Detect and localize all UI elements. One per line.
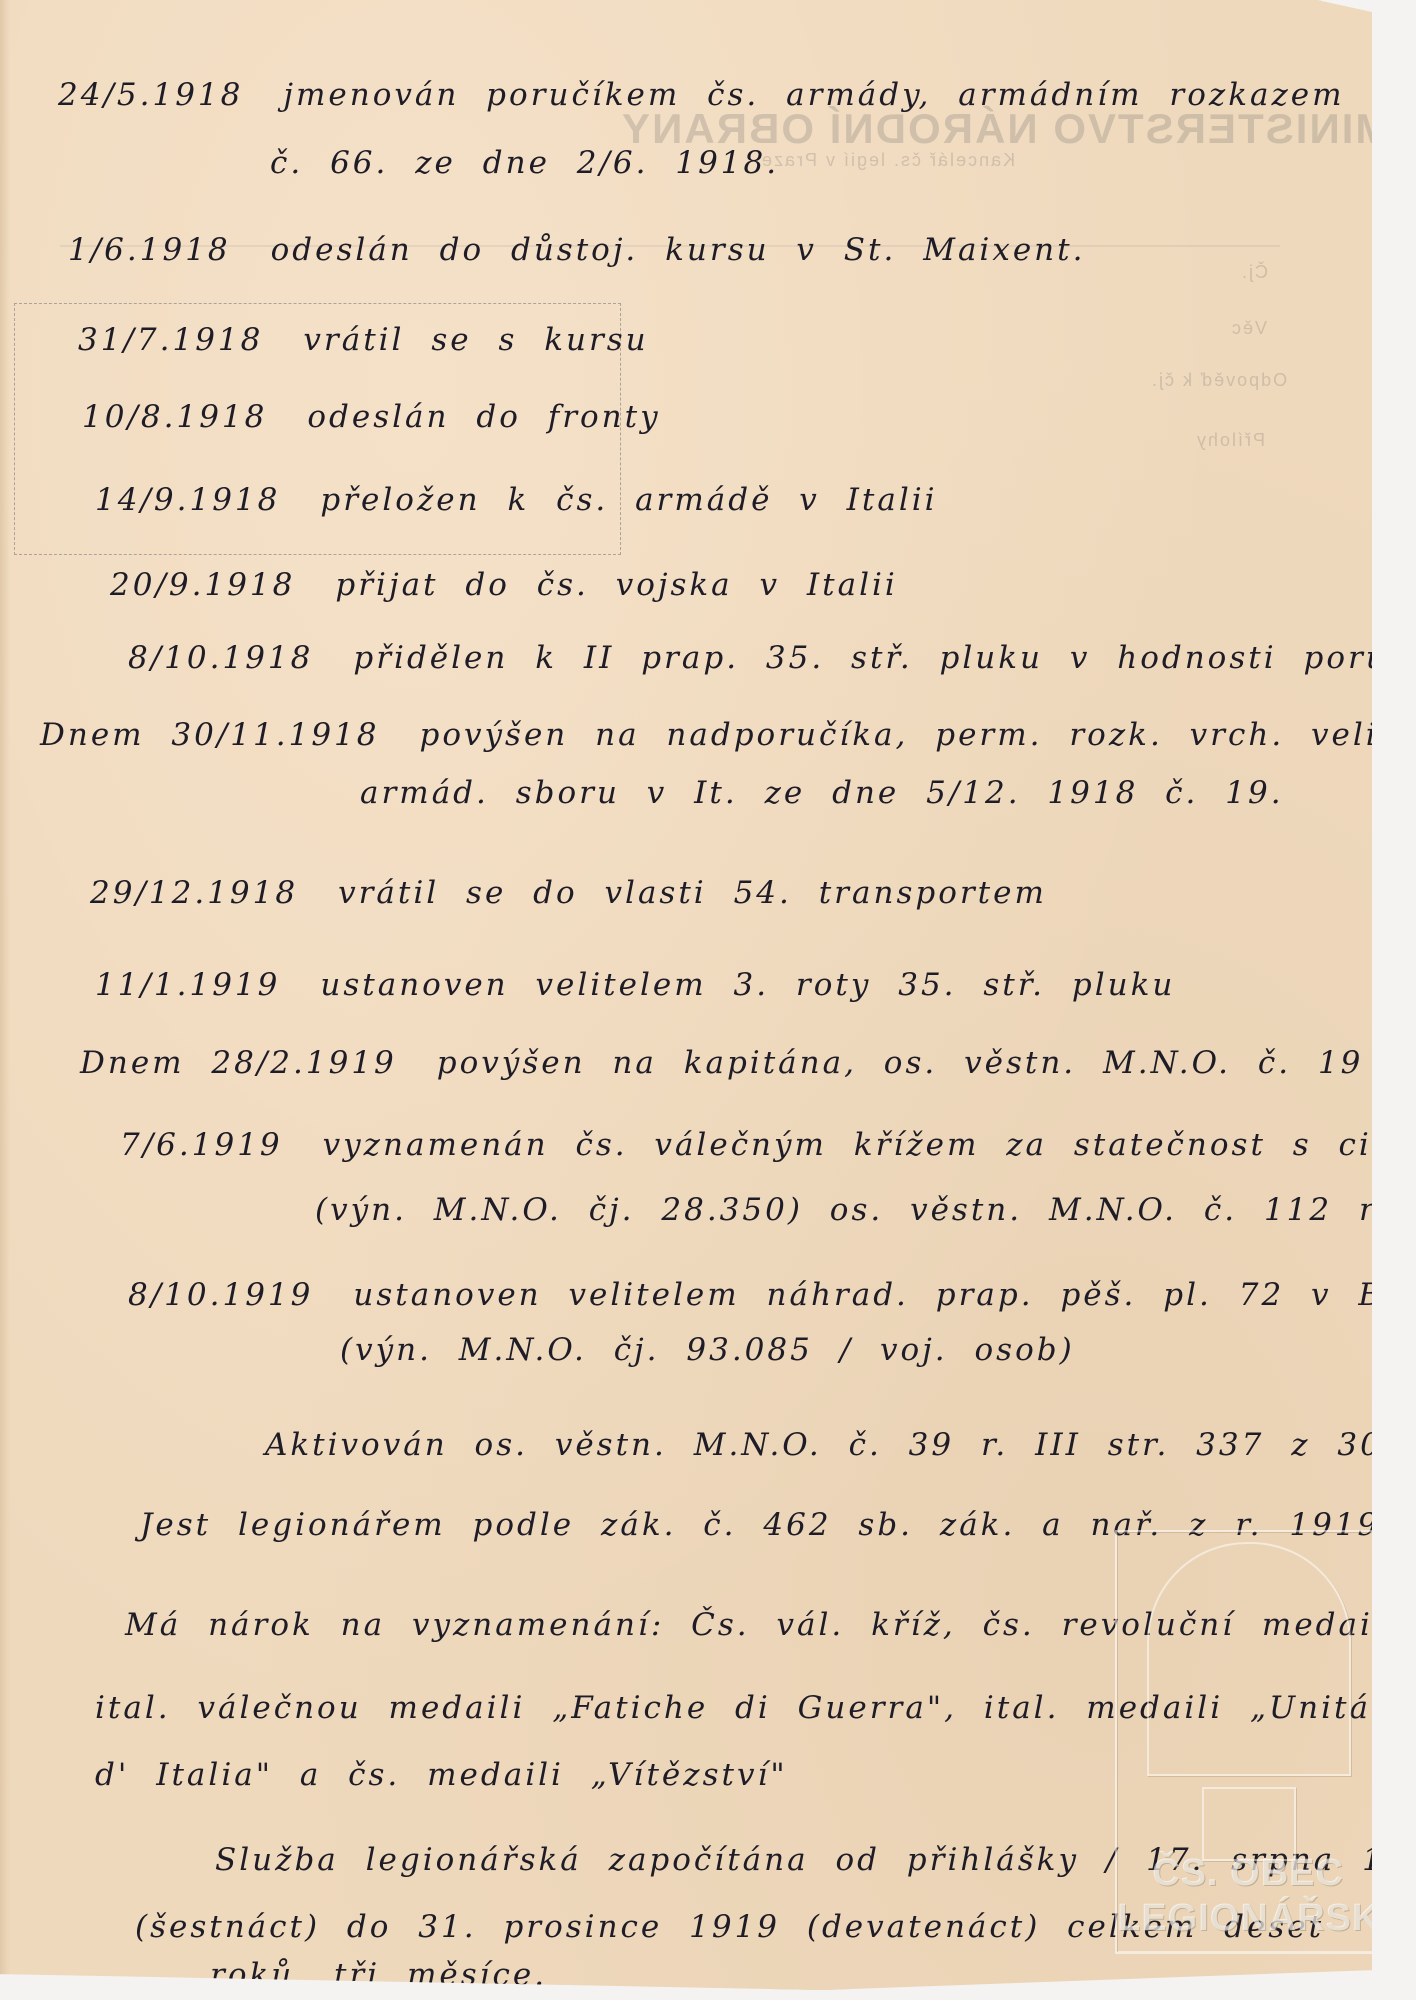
entry-row: 10/8.1918odeslán do fronty (82, 402, 661, 433)
entry-row: 1/6.1918odeslán do důstoj. kursu v St. M… (68, 235, 1085, 266)
stamp-text: ČS. OBEC (1117, 1852, 1379, 1895)
entry-row: 24/5.1918jmenován poručíkem čs. armády, … (58, 80, 1345, 111)
stamp-text: LEGIONÁŘSKÁ (1117, 1897, 1379, 1940)
embossed-legionnaire-emblem-icon (1147, 1542, 1351, 1776)
entry-row: 7/6.1919vyznamenán čs. válečným křížem z… (120, 1130, 1416, 1161)
entry-row: Dnem 30/11.1918povýšen na nadporučíka, p… (40, 720, 1416, 751)
entry-date: 10/8.1918 (82, 402, 267, 433)
entry-date: 7/6.1919 (120, 1130, 283, 1161)
entry-text: přidělen k II prap. 35. stř. pluku v hod… (353, 640, 1416, 676)
entry-date: Dnem 30/11.1918 (40, 720, 380, 751)
bleed-through-subheader: Kancelář čs. legií v Praze (760, 150, 1015, 171)
bleed-through-label: Věc (1230, 318, 1267, 339)
coat-of-arms-icon (1202, 1787, 1296, 1861)
entry-row: 11/1.1919ustanoven velitelem 3. roty 35.… (95, 970, 1175, 1001)
entry-text: jmenován poručíkem čs. armády, armádním … (283, 77, 1344, 113)
activation-note: Aktivován os. věstn. M.N.O. č. 39 r. III… (265, 1430, 1416, 1461)
entry-text: přeložen k čs. armádě v Italii (320, 482, 937, 518)
entry-text: přijat do čs. vojska v Italii (335, 567, 897, 603)
entry-date: 1/6.1918 (68, 235, 231, 266)
entry-date: 31/7.1918 (78, 325, 263, 356)
entry-date: 20/9.1918 (110, 570, 295, 601)
entry-row: 20/9.1918přijat do čs. vojska v Italii (110, 570, 898, 601)
entry-row: Dnem 28/2.1919povýšen na kapitána, os. v… (80, 1048, 1416, 1079)
entry-continuation: (výn. M.N.O. čj. 93.085 / voj. osob) (340, 1335, 1075, 1366)
awards-line: d' Italia" a čs. medaili „Vítězství" (95, 1760, 788, 1791)
entry-text: vrátil se do vlasti 54. transportem (338, 875, 1047, 911)
entry-date: Dnem 28/2.1919 (80, 1048, 397, 1079)
entry-row: 8/10.1919ustanoven velitelem náhrad. pra… (128, 1280, 1416, 1311)
entry-date: 24/5.1918 (58, 80, 243, 111)
entry-continuation: č. 66. ze dne 2/6. 1918. (270, 148, 779, 179)
document-page: MINISTERSTVO NÁRODNÍ OBRANY Kancelář čs.… (0, 0, 1372, 1990)
entry-row: 31/7.1918vrátil se s kursu (78, 325, 649, 356)
entry-date: 29/12.1918 (90, 878, 298, 909)
entry-continuation: (výn. M.N.O. čj. 28.350) os. věstn. M.N.… (315, 1195, 1416, 1226)
bleed-through-label: Odpověď k čj. (1150, 370, 1287, 391)
entry-date: 14/9.1918 (95, 485, 280, 516)
entry-continuation: armád. sboru v It. ze dne 5/12. 1918 č. … (360, 778, 1284, 809)
entry-date: 8/10.1918 (128, 643, 313, 674)
bleed-through-label: Přílohy (1195, 430, 1265, 451)
entry-text: odeslán do fronty (307, 399, 660, 435)
entry-row: 29/12.1918vrátil se do vlasti 54. transp… (90, 878, 1047, 909)
entry-text: odeslán do důstoj. kursu v St. Maixent. (271, 232, 1086, 268)
entry-text: povýšen na nadporučíka, perm. rozk. vrch… (420, 717, 1416, 753)
entry-date: 8/10.1919 (128, 1280, 313, 1311)
embossed-stamp: ČS. OBEC LEGIONÁŘSKÁ (1115, 1530, 1381, 1954)
bleed-through-label: Čj. (1240, 262, 1268, 283)
entry-text: ustanoven velitelem náhrad. prap. pěš. p… (353, 1277, 1416, 1313)
page-edge-shadow (0, 0, 10, 1990)
entry-text: vrátil se s kursu (303, 322, 648, 358)
entry-text: vyznamenán čs. válečným křížem za stateč… (323, 1127, 1416, 1163)
entry-text: povýšen na kapitána, os. věstn. M.N.O. č… (437, 1045, 1416, 1081)
entry-date: 11/1.1919 (95, 970, 280, 1001)
entry-row: 14/9.1918přeložen k čs. armádě v Italii (95, 485, 938, 516)
entry-row: 8/10.1918přidělen k II prap. 35. stř. pl… (128, 643, 1416, 674)
entry-text: ustanoven velitelem 3. roty 35. stř. plu… (320, 967, 1175, 1003)
service-line: roků, tři měsíce. (210, 1960, 547, 1991)
